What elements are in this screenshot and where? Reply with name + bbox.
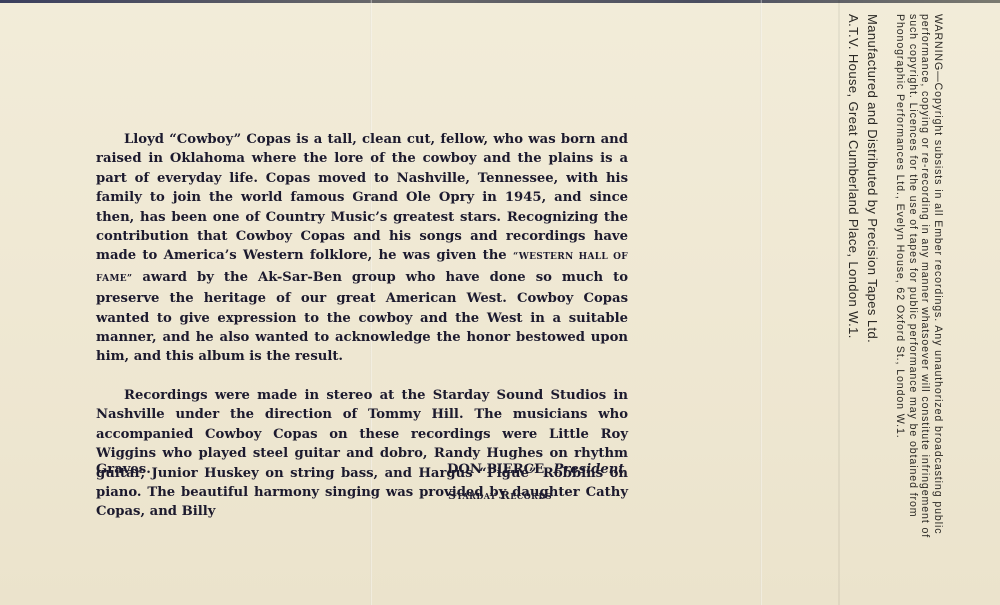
paragraph-text: Lloyd “Cowboy” Copas is a tall, clean cu… [96, 132, 628, 263]
signature-name: DON PIERCE, [447, 462, 549, 477]
paragraph-last-word: Graves. [96, 462, 151, 477]
manufacturer-line: Manufactured and Distributed by Precisio… [863, 14, 882, 604]
fold-crease [838, 0, 840, 605]
warning-line: Phonographic Performances Ltd., Evelyn H… [893, 14, 906, 604]
warning-line: such copyright. Licences for the use of … [906, 14, 919, 604]
copyright-side-panel: WARNING—Copyright subsists in all Ember … [844, 14, 944, 604]
manufacturer-info: Manufactured and Distributed by Precisio… [844, 14, 882, 604]
signature: DON PIERCE, President [447, 462, 624, 477]
paragraph-text: award by the Ak-Sar-Ben group who have d… [96, 270, 628, 365]
record-label: Starday Records [448, 489, 552, 502]
copyright-warning: WARNING—Copyright subsists in all Ember … [893, 14, 944, 604]
signature-title: President [553, 462, 624, 477]
cassette-insert-card: Lloyd “Cowboy” Copas is a tall, clean cu… [0, 0, 1000, 605]
warning-line: performance, copying or re-recording in … [919, 14, 932, 604]
liner-notes-paragraph-1: Lloyd “Cowboy” Copas is a tall, clean cu… [96, 130, 628, 367]
card-top-edge [0, 0, 1000, 3]
fold-crease [760, 0, 762, 605]
warning-line: WARNING—Copyright subsists in all Ember … [931, 14, 944, 604]
manufacturer-address: A.T.V. House, Great Cumberland Place, Lo… [844, 14, 863, 604]
